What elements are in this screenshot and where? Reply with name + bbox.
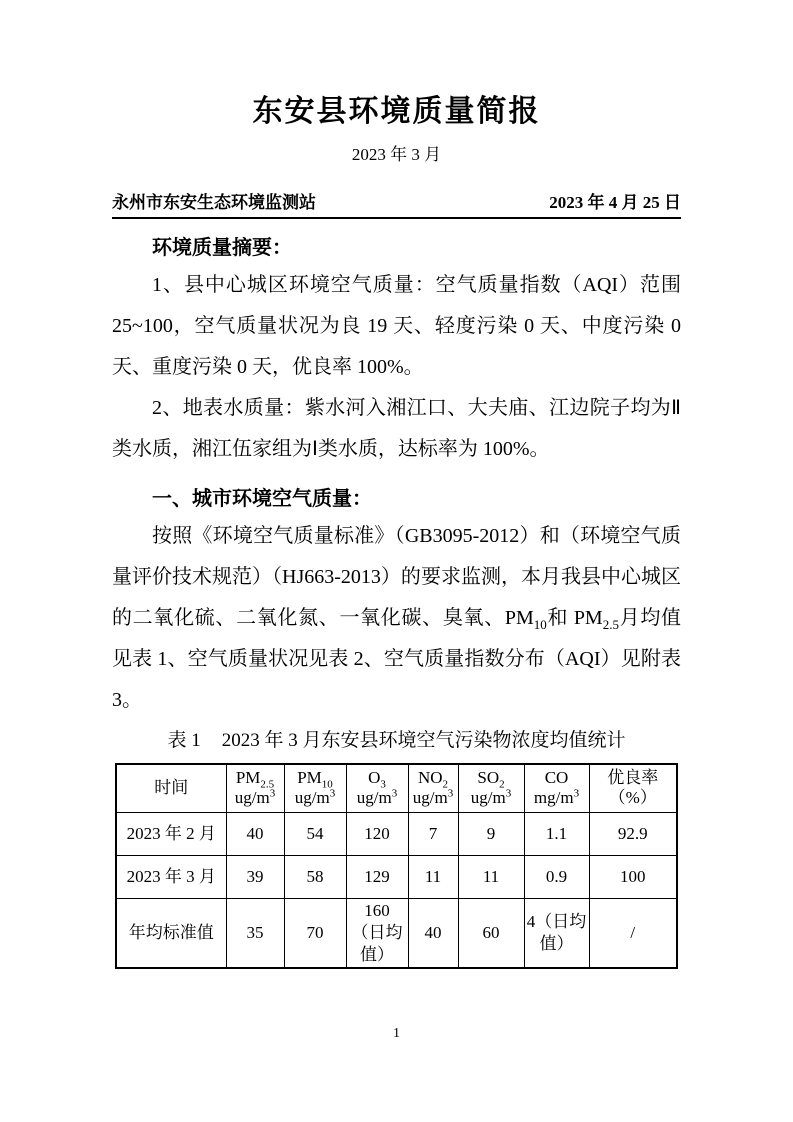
cell-no2: 40 [408, 898, 458, 968]
table1-caption-label: 表 1 [168, 730, 201, 751]
col-header-pm25: PM2.5 ug/m3 [226, 764, 284, 812]
cell-pm10: 70 [284, 898, 346, 968]
cell-pm10: 54 [284, 812, 346, 855]
page-number: 1 [0, 1026, 793, 1042]
col-header-time: 时间 [116, 764, 226, 812]
table-row-feb-2023: 2023 年 2 月 40 54 120 7 9 1.1 92.9 [116, 812, 677, 855]
summary-item-water: 2、地表水质量：紫水河入湘江口、大夫庙、江边院子均为Ⅱ类水质，湘江伍家组为Ⅰ类水… [112, 388, 681, 470]
table1-caption: 表 12023 年 3 月东安县环境空气污染物浓度均值统计 [112, 727, 681, 755]
pm25-subscript: 2.5 [603, 617, 619, 632]
issue-date: 2023 年 4 月 25 日 [549, 192, 681, 214]
col-header-no2: NO2 ug/m3 [408, 764, 458, 812]
row-label: 年均标准值 [116, 898, 226, 968]
cell-so2: 9 [458, 812, 524, 855]
cell-o3: 120 [346, 812, 408, 855]
cell-co: 1.1 [524, 812, 589, 855]
row-label: 2023 年 3 月 [116, 855, 226, 898]
table-row-annual-standard: 年均标准值 35 70 160（日均值） 40 60 4（日均值） / [116, 898, 677, 968]
cell-good-rate: 100 [589, 855, 677, 898]
agency-name: 永州市东安生态环境监测站 [112, 192, 316, 214]
col-header-o3: O3 ug/m3 [346, 764, 408, 812]
cell-pm25: 40 [226, 812, 284, 855]
cell-pm25: 35 [226, 898, 284, 968]
cell-so2: 11 [458, 855, 524, 898]
table-header-row: 时间 PM2.5 ug/m3 PM10 ug/m3 O3 ug/m3 [116, 764, 677, 812]
document-title: 东安县环境质量简报 [112, 92, 681, 132]
cell-pm10: 58 [284, 855, 346, 898]
summary-item-air: 1、县中心城区环境空气质量：空气质量指数（AQI）范围 25~100，空气质量状… [112, 265, 681, 388]
table-row-mar-2023: 2023 年 3 月 39 58 129 11 11 0.9 100 [116, 855, 677, 898]
col-header-pm10: PM10 ug/m3 [284, 764, 346, 812]
cell-pm25: 39 [226, 855, 284, 898]
table1-caption-title: 2023 年 3 月东安县环境空气污染物浓度均值统计 [222, 730, 626, 751]
cell-good-rate: / [589, 898, 677, 968]
cell-co: 0.9 [524, 855, 589, 898]
pollutant-concentration-table: 时间 PM2.5 ug/m3 PM10 ug/m3 O3 ug/m3 [115, 763, 678, 969]
document-content: 东安县环境质量简报 2023 年 3 月 永州市东安生态环境监测站 2023 年… [0, 92, 793, 969]
cell-good-rate: 92.9 [589, 812, 677, 855]
document-date: 2023 年 3 月 [112, 144, 681, 166]
cell-o3: 160（日均值） [346, 898, 408, 968]
summary-heading: 环境质量摘要： [112, 231, 681, 265]
agency-row: 永州市东安生态环境监测站 2023 年 4 月 25 日 [112, 192, 681, 219]
section1-body-text: 和 PM [547, 607, 603, 629]
document-page: 东安县环境质量简报 2023 年 3 月 永州市东安生态环境监测站 2023 年… [0, 0, 793, 1122]
section1-body: 按照《环境空气质量标准》（GB3095-2012）和（环境空气质量评价技术规范）… [112, 516, 681, 721]
cell-so2: 60 [458, 898, 524, 968]
col-header-good-rate: 优良率 （%） [589, 764, 677, 812]
cell-no2: 7 [408, 812, 458, 855]
cell-o3: 129 [346, 855, 408, 898]
row-label: 2023 年 2 月 [116, 812, 226, 855]
col-header-co: CO mg/m3 [524, 764, 589, 812]
section1-heading: 一、城市环境空气质量： [112, 482, 681, 516]
cell-no2: 11 [408, 855, 458, 898]
col-header-so2: SO2 ug/m3 [458, 764, 524, 812]
cell-co: 4（日均值） [524, 898, 589, 968]
pm10-subscript: 10 [534, 617, 547, 632]
